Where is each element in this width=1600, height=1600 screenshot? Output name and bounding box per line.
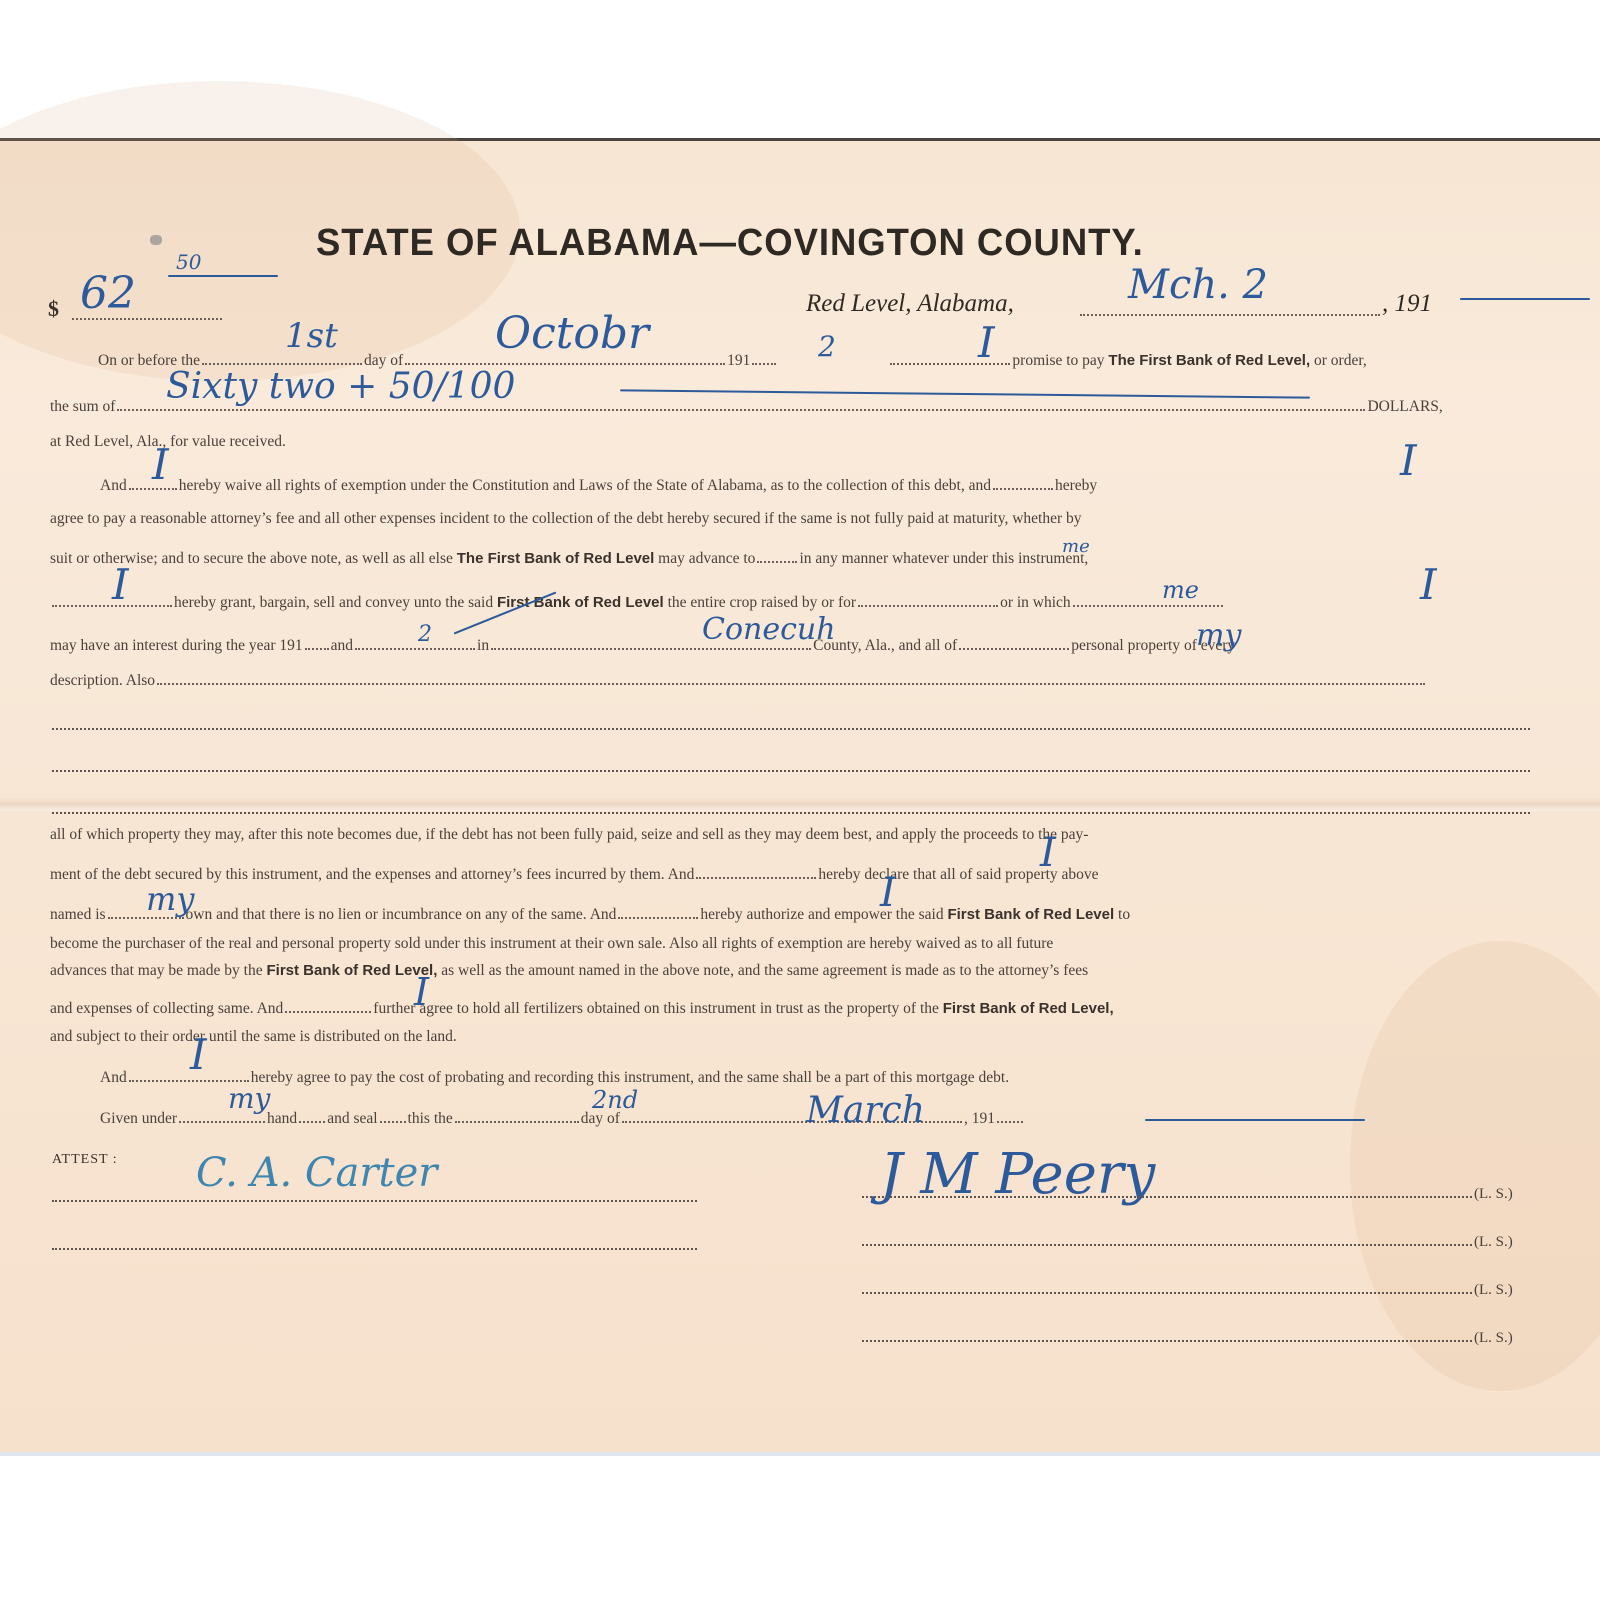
date-line [1080, 314, 1380, 316]
static-text: DOLLARS, [1367, 398, 1442, 415]
static-text: , 191 [964, 1110, 995, 1127]
bank-name: First Bank of Red Level, [943, 1000, 1114, 1017]
year-pen-stroke [1460, 298, 1590, 300]
signature-line [862, 1340, 1472, 1342]
text-line: all of which property they may, after th… [50, 826, 1088, 844]
pronoun-handwritten: I [880, 870, 896, 916]
static-text: And [100, 1069, 127, 1086]
static-text: or order, [1314, 352, 1367, 369]
attest-signature-line [52, 1248, 697, 1250]
pronoun-handwritten: my [146, 880, 194, 918]
static-text: named is [50, 906, 106, 923]
paper-stain [1350, 941, 1600, 1391]
seal-label: (L. S.) [1474, 1282, 1513, 1299]
static-text: may advance to [658, 550, 755, 567]
static-text: in any manner whatever under this instru… [799, 550, 1088, 567]
place-label: Red Level, Alabama, [806, 290, 1014, 318]
year-prefix: , 191 [1382, 290, 1432, 318]
sum-handwritten: Sixty two + 50/100 [166, 366, 515, 407]
static-text: own and that there is no lien or incumbr… [186, 906, 617, 923]
text-line: and expenses of collecting same. Andfurt… [50, 1000, 1114, 1018]
blank-description-line [52, 728, 1530, 730]
pronoun-handwritten: I [112, 560, 129, 609]
amount-cents-handwritten: 50 [176, 250, 201, 274]
static-text: hereby authorize and empower the said [700, 906, 943, 923]
pronoun-handwritten: I [1400, 436, 1417, 485]
seal-label: (L. S.) [1474, 1186, 1513, 1203]
static-text: as well as the amount named in the above… [441, 962, 1088, 979]
blank-description-line [52, 770, 1530, 772]
pronoun-handwritten: I [414, 970, 429, 1014]
day-handwritten: 1st [285, 316, 338, 356]
bank-name: First Bank of Red Level [497, 594, 664, 611]
year-handwritten: 2 [818, 330, 836, 363]
seal-label: (L. S.) [1474, 1330, 1513, 1347]
bank-name: First Bank of Red Level [947, 906, 1114, 923]
static-text: the sum of [50, 398, 115, 415]
bank-name: The First Bank of Red Level, [1108, 352, 1310, 369]
static-text: or in which [1000, 594, 1071, 611]
signature-line [862, 1292, 1472, 1294]
date-handwritten: Mch. 2 [1128, 262, 1268, 308]
text-line: agree to pay a reasonable attorney’s fee… [50, 510, 1082, 528]
punch-hole [150, 235, 162, 245]
static-text: description. Also [50, 672, 155, 689]
static-text: the entire crop raised by or for [668, 594, 857, 611]
bank-name: First Bank of Red Level, [267, 962, 438, 979]
static-text: Given under [100, 1110, 177, 1127]
static-text: and [331, 637, 353, 654]
month-handwritten: March [806, 1090, 925, 1131]
static-text: this the [408, 1110, 453, 1127]
amount-dollars-handwritten: 62 [80, 268, 136, 319]
pronoun-handwritten: my [1196, 618, 1241, 653]
attest-signature-line [52, 1200, 697, 1202]
mortgage-note-document [0, 138, 1600, 1456]
text-line: description. Also [50, 672, 1427, 690]
text-line: ment of the debt secured by this instrum… [50, 866, 1099, 884]
static-text: hereby waive all rights of exemption und… [179, 477, 991, 494]
paper-fold [0, 797, 1600, 811]
static-text: may have an interest during the year 191 [50, 637, 303, 654]
day-handwritten: 2nd [592, 1086, 638, 1114]
text-line: hereby grant, bargain, sell and convey u… [50, 594, 1225, 612]
static-text: and seal [327, 1110, 377, 1127]
document-title: STATE OF ALABAMA—COVINGTON COUNTY. [316, 222, 1144, 265]
static-text: hereby declare that all of said property… [818, 866, 1098, 883]
text-line: and subject to their order until the sam… [50, 1028, 457, 1046]
text-line: become the purchaser of the real and per… [50, 935, 1053, 953]
text-line: advances that may be made by the First B… [50, 962, 1088, 980]
static-text: and expenses of collecting same. And [50, 1000, 283, 1017]
static-text: in [477, 637, 489, 654]
bank-name: The First Bank of Red Level [457, 550, 655, 567]
static-text: And [100, 477, 127, 494]
static-text: hand [267, 1110, 297, 1127]
pronoun-handwritten: I [1040, 830, 1056, 876]
attest-label: ATTEST : [52, 1152, 118, 1168]
static-text: hereby agree to pay the cost of probatin… [251, 1069, 1009, 1086]
pronoun-handwritten: I [152, 440, 169, 489]
month-handwritten: Octobr [495, 308, 649, 359]
static-text: promise to pay [1012, 352, 1104, 369]
text-line: Andhereby waive all rights of exemption … [100, 477, 1097, 495]
text-line: may have an interest during the year 191… [50, 637, 1235, 655]
static-text: 191 [727, 352, 750, 369]
seal-label: (L. S.) [1474, 1234, 1513, 1251]
static-text: advances that may be made by the [50, 962, 263, 979]
year-handwritten: 2 [418, 622, 432, 647]
pronoun-handwritten: me [1062, 536, 1090, 557]
text-line: named isown and that there is no lien or… [50, 906, 1130, 924]
signature-line [862, 1244, 1472, 1246]
pronoun-handwritten: I [1420, 560, 1437, 609]
dollar-sign: $ [48, 296, 59, 322]
signature-line [862, 1196, 1472, 1198]
text-line: suit or otherwise; and to secure the abo… [50, 550, 1088, 568]
pen-stroke [168, 275, 278, 277]
pronoun-handwritten: I [978, 318, 995, 367]
year-pen-stroke [1145, 1119, 1365, 1121]
static-text: further agree to hold all fertilizers ob… [373, 1000, 939, 1017]
static-text: hereby grant, bargain, sell and convey u… [174, 594, 493, 611]
county-handwritten: Conecuh [702, 612, 836, 647]
blank-description-line [52, 812, 1530, 814]
pronoun-handwritten: me [1162, 576, 1199, 604]
static-text: hereby [1055, 477, 1097, 494]
pronoun-handwritten: I [190, 1030, 207, 1079]
witness-signature: C. A. Carter [196, 1150, 437, 1196]
pronoun-handwritten: my [228, 1082, 270, 1115]
static-text: to [1118, 906, 1130, 923]
static-text: suit or otherwise; and to secure the abo… [50, 550, 453, 567]
